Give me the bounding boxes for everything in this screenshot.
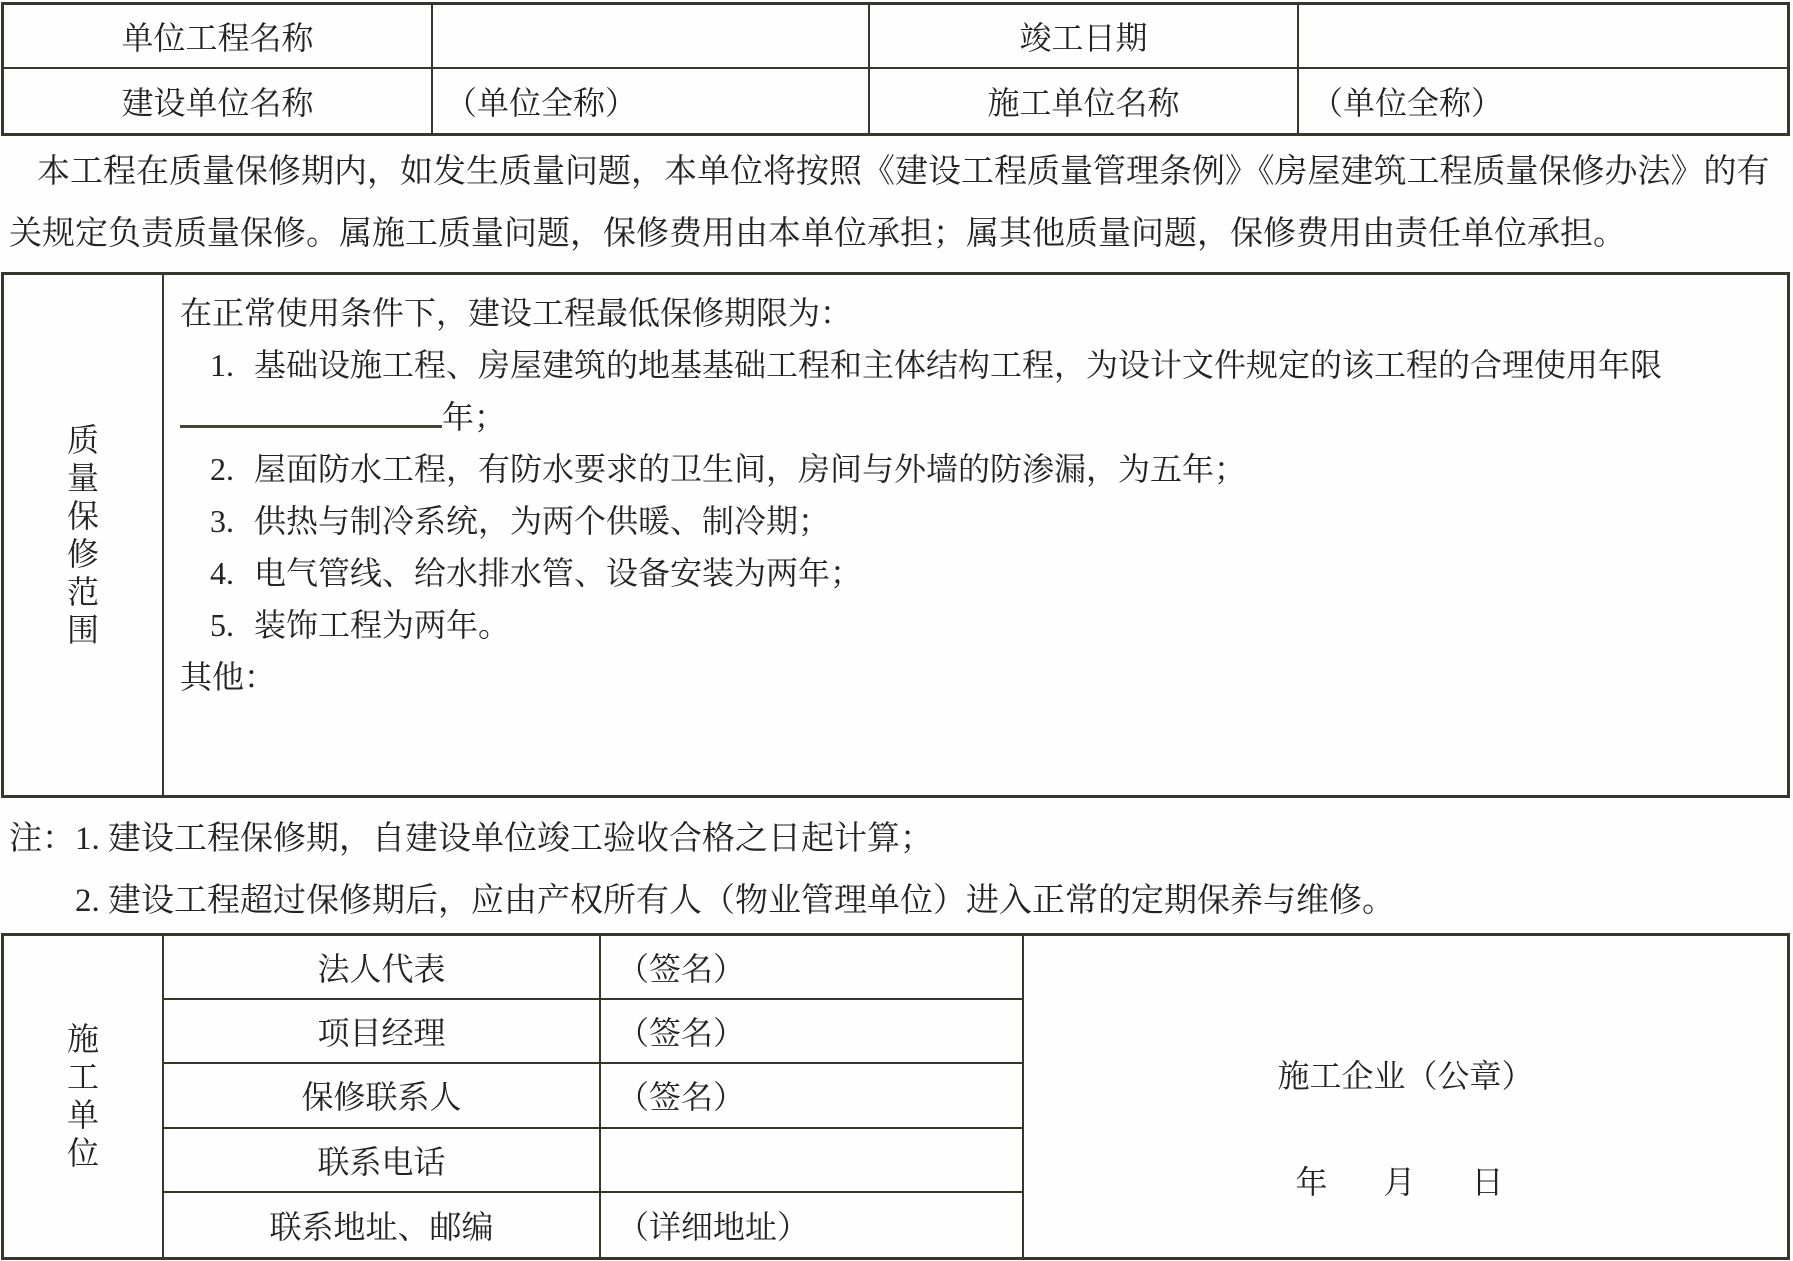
warranty-scope-intro: 在正常使用条件下，建设工程最低保修期限为： [180,287,1779,339]
warranty-item-1-text: 基础设施工程、房屋建筑的地基基础工程和主体结构工程，为设计文件规定的该工程的合理… [254,347,1662,383]
company-seal-cell: 施工企业（公章） 年 月 日 [1024,936,1787,1257]
contractor-side-label-chars: 施 工 单 位 [67,1020,99,1172]
contact-address-value-text: （详细地址） [617,1202,809,1248]
legal-representative-value-cell: （签名） [601,936,1024,1000]
project-manager-value-text: （签名） [617,1008,745,1054]
warranty-contact-value-text: （签名） [617,1072,745,1118]
contact-address-value-cell: （详细地址） [601,1193,1024,1257]
warranty-item-1-blank-line: 年； [180,391,1779,443]
warranty-other-label: 其他： [180,651,1779,703]
warranty-contact-label: 保修联系人 [164,1064,601,1128]
warranty-contact-value-cell: （签名） [601,1064,1024,1128]
warranty-item-5-number: 5. [210,599,254,651]
side-char: 保 [67,497,99,535]
contractor-side-label: 施 工 单 位 [4,936,164,1257]
contact-phone-label: 联系电话 [164,1129,601,1193]
legal-representative-value-text: （签名） [617,944,745,990]
unit-project-name-label: 单位工程名称 [4,5,433,69]
warranty-scope-section: 质 量 保 修 范 围 在正常使用条件下，建设工程最低保修期限为： 1.基础设施… [1,272,1790,798]
warranty-item-5-text: 装饰工程为两年。 [254,607,510,643]
warranty-item-3-number: 3. [210,495,254,547]
client-name-label: 建设单位名称 [4,69,433,133]
date-line: 年 月 日 [1295,1162,1515,1202]
warranty-scope-side-label-chars: 质 量 保 修 范 围 [67,421,99,649]
project-manager-value-cell: （签名） [601,1000,1024,1064]
note-line-2: 2. 建设工程超过保修期后，应由产权所有人（物业管理单位）进入正常的定期保养与维… [75,878,1779,924]
unit-project-name-label-text: 单位工程名称 [121,13,313,59]
warranty-item-4-number: 4. [210,547,254,599]
contractor-name-value-cell: （单位全称） [1299,69,1787,133]
company-seal-text: 施工企业（公章） [1277,1056,1533,1096]
warranty-scope-content: 在正常使用条件下，建设工程最低保修期限为： 1.基础设施工程、房屋建筑的地基基础… [164,275,1787,795]
warranty-item-1: 1.基础设施工程、房屋建筑的地基基础工程和主体结构工程，为设计文件规定的该工程的… [180,339,1779,391]
warranty-form-document: 单位工程名称 竣工日期 建设单位名称 （单位全称） 施工单位名称 （单位全称） … [0,0,1793,1261]
warranty-item-3-text: 供热与制冷系统，为两个供暖、制冷期； [254,503,830,539]
legal-representative-label-text: 法人代表 [317,944,445,990]
client-name-value-text: （单位全称） [445,78,637,124]
side-char: 位 [67,1134,99,1172]
warranty-item-1-number: 1. [210,339,254,391]
completion-date-label: 竣工日期 [870,5,1299,69]
legal-representative-label: 法人代表 [164,936,601,1000]
side-char: 量 [67,459,99,497]
warranty-item-4: 4.电气管线、给水排水管、设备安装为两年； [180,547,1779,599]
contractor-name-label: 施工单位名称 [870,69,1299,133]
side-char: 围 [67,611,99,649]
client-name-value-cell: （单位全称） [433,69,870,133]
contractor-name-value-text: （单位全称） [1311,78,1503,124]
side-char: 范 [67,573,99,611]
warranty-item-4-text: 电气管线、给水排水管、设备安装为两年； [254,555,862,591]
contact-phone-label-text: 联系电话 [317,1137,445,1183]
side-char: 单 [67,1096,99,1134]
side-char: 修 [67,535,99,573]
completion-date-label-text: 竣工日期 [1019,13,1147,59]
contact-phone-value-cell [601,1129,1024,1193]
side-char: 施 [67,1020,99,1058]
notes-block: 注：1. 建设工程保修期，自建设单位竣工验收合格之日起计算； 2. 建设工程超过… [9,816,1779,924]
warranty-item-5: 5.装饰工程为两年。 [180,599,1779,651]
contractor-name-label-text: 施工单位名称 [987,78,1179,124]
project-manager-label-text: 项目经理 [317,1008,445,1054]
project-info-table: 单位工程名称 竣工日期 建设单位名称 （单位全称） 施工单位名称 （单位全称） [1,2,1790,136]
contact-address-label-text: 联系地址、邮编 [269,1202,493,1248]
warranty-item-1-blank-suffix: 年； [442,399,506,435]
client-name-label-text: 建设单位名称 [121,78,313,124]
completion-date-value-cell [1299,5,1787,69]
contact-address-label: 联系地址、邮编 [164,1193,601,1257]
fill-in-blank-underline [180,415,442,428]
project-manager-label: 项目经理 [164,1000,601,1064]
side-char: 工 [67,1058,99,1096]
warranty-statement-paragraph: 本工程在质量保修期内，如发生质量问题，本单位将按照《建设工程质量管理条例》《房屋… [9,141,1771,265]
warranty-scope-side-label: 质 量 保 修 范 围 [4,275,164,795]
unit-project-name-value-cell [433,5,870,69]
warranty-item-3: 3.供热与制冷系统，为两个供暖、制冷期； [180,495,1779,547]
warranty-contact-label-text: 保修联系人 [301,1072,461,1118]
note-line-1: 注：1. 建设工程保修期，自建设单位竣工验收合格之日起计算； [9,816,1779,862]
warranty-item-2: 2.屋面防水工程，有防水要求的卫生间，房间与外墙的防渗漏，为五年； [180,443,1779,495]
warranty-item-2-text: 屋面防水工程，有防水要求的卫生间，房间与外墙的防渗漏，为五年； [254,451,1246,487]
contractor-signing-table: 施 工 单 位 法人代表 （签名） 项目经理 （签名） 保修联系人 （签名） 联… [1,933,1790,1260]
warranty-item-2-number: 2. [210,443,254,495]
side-char: 质 [67,421,99,459]
